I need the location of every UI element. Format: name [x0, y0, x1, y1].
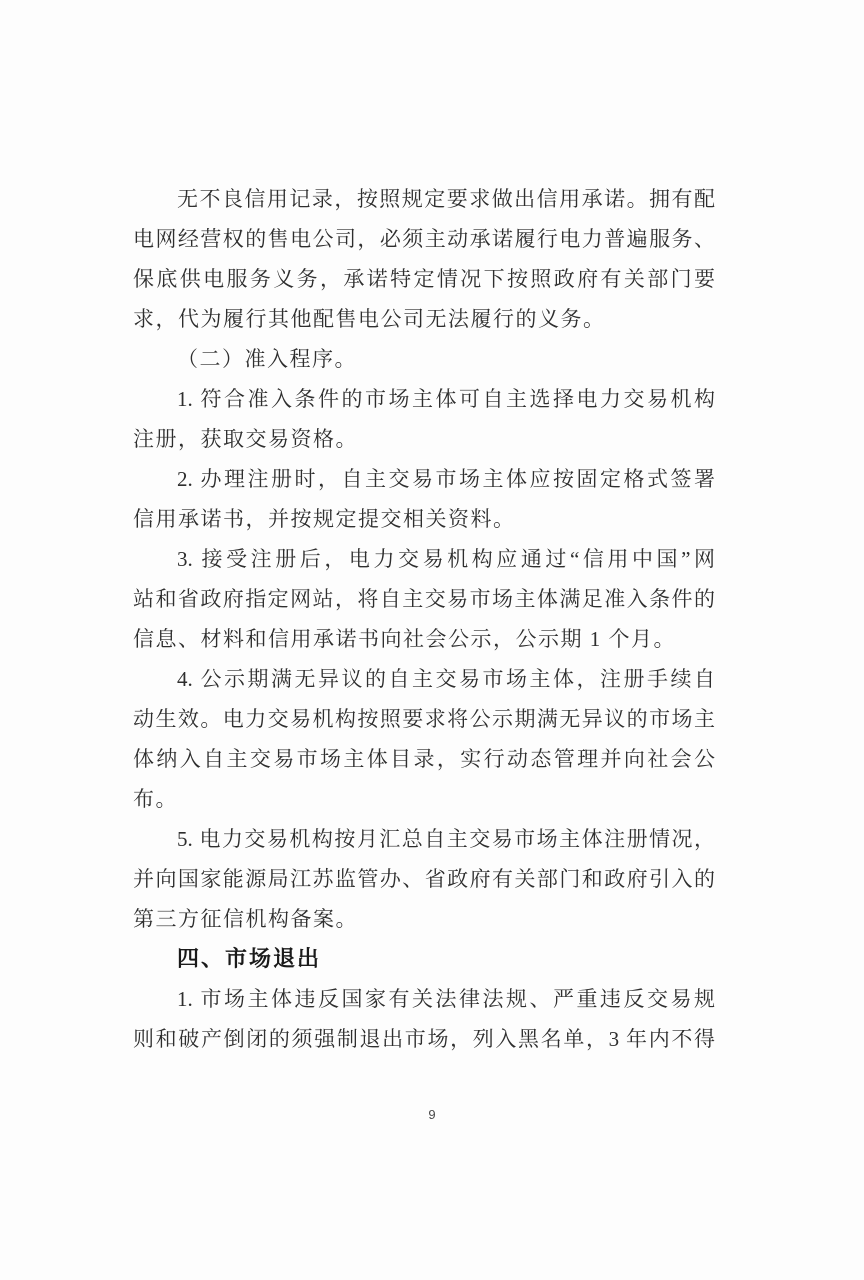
text-line: 布。 — [133, 779, 715, 819]
text-line: 并向国家能源局江苏监管办、省政府有关部门和政府引入的 — [133, 859, 715, 899]
text-line: 信息、材料和信用承诺书向社会公示，公示期 1 个月。 — [133, 619, 715, 659]
text-line: 体纳入自主交易市场主体目录，实行动态管理并向社会公 — [133, 739, 715, 779]
subsection-heading-admission-procedure: （二）准入程序。 — [133, 339, 715, 379]
paragraph-item-1-registration-choice: 1. 符合准入条件的市场主体可自主选择电力交易机构 注册，获取交易资格。 — [133, 379, 715, 459]
section-heading-text: 四、市场退出 — [133, 939, 715, 979]
paragraph-item-4-registration-effective: 4. 公示期满无异议的自主交易市场主体，注册手续自 动生效。电力交易机构按照要求… — [133, 659, 715, 819]
text-line: 第三方征信机构备案。 — [133, 899, 715, 939]
text-line: 求，代为履行其他配售电公司无法履行的义务。 — [133, 299, 715, 339]
text-line: 1. 市场主体违反国家有关法律法规、严重违反交易规 — [133, 979, 715, 1019]
document-page: 无不良信用记录，按照规定要求做出信用承诺。拥有配 电网经营权的售电公司，必须主动… — [0, 0, 864, 1280]
paragraph-forced-exit: 1. 市场主体违反国家有关法律法规、严重违反交易规 则和破产倒闭的须强制退出市场… — [133, 979, 715, 1059]
text-line: 3. 接受注册后，电力交易机构应通过“信用中国”网 — [133, 539, 715, 579]
text-line: 电网经营权的售电公司，必须主动承诺履行电力普遍服务、 — [133, 219, 715, 259]
subsection-heading-text: （二）准入程序。 — [133, 339, 715, 379]
text-line: 站和省政府指定网站，将自主交易市场主体满足准入条件的 — [133, 579, 715, 619]
text-line: 动生效。电力交易机构按照要求将公示期满无异议的市场主 — [133, 699, 715, 739]
document-body: 无不良信用记录，按照规定要求做出信用承诺。拥有配 电网经营权的售电公司，必须主动… — [133, 179, 715, 1059]
text-line: 则和破产倒闭的须强制退出市场，列入黑名单，3 年内不得 — [133, 1019, 715, 1059]
text-line: 4. 公示期满无异议的自主交易市场主体，注册手续自 — [133, 659, 715, 699]
text-line: 无不良信用记录，按照规定要求做出信用承诺。拥有配 — [133, 179, 715, 219]
text-line: 注册，获取交易资格。 — [133, 419, 715, 459]
text-line: 1. 符合准入条件的市场主体可自主选择电力交易机构 — [133, 379, 715, 419]
text-line: 保底供电服务义务，承诺特定情况下按照政府有关部门要 — [133, 259, 715, 299]
paragraph-item-2-credit-letter: 2. 办理注册时，自主交易市场主体应按固定格式签署 信用承诺书，并按规定提交相关… — [133, 459, 715, 539]
text-line: 2. 办理注册时，自主交易市场主体应按固定格式签署 — [133, 459, 715, 499]
section-heading-market-exit: 四、市场退出 — [133, 939, 715, 979]
paragraph-credit-commitment: 无不良信用记录，按照规定要求做出信用承诺。拥有配 电网经营权的售电公司，必须主动… — [133, 179, 715, 339]
paragraph-item-3-public-notice: 3. 接受注册后，电力交易机构应通过“信用中国”网 站和省政府指定网站，将自主交… — [133, 539, 715, 659]
text-line: 5. 电力交易机构按月汇总自主交易市场主体注册情况， — [133, 819, 715, 859]
paragraph-item-5-monthly-report: 5. 电力交易机构按月汇总自主交易市场主体注册情况， 并向国家能源局江苏监管办、… — [133, 819, 715, 939]
page-number: 9 — [0, 1105, 864, 1125]
text-line: 信用承诺书，并按规定提交相关资料。 — [133, 499, 715, 539]
